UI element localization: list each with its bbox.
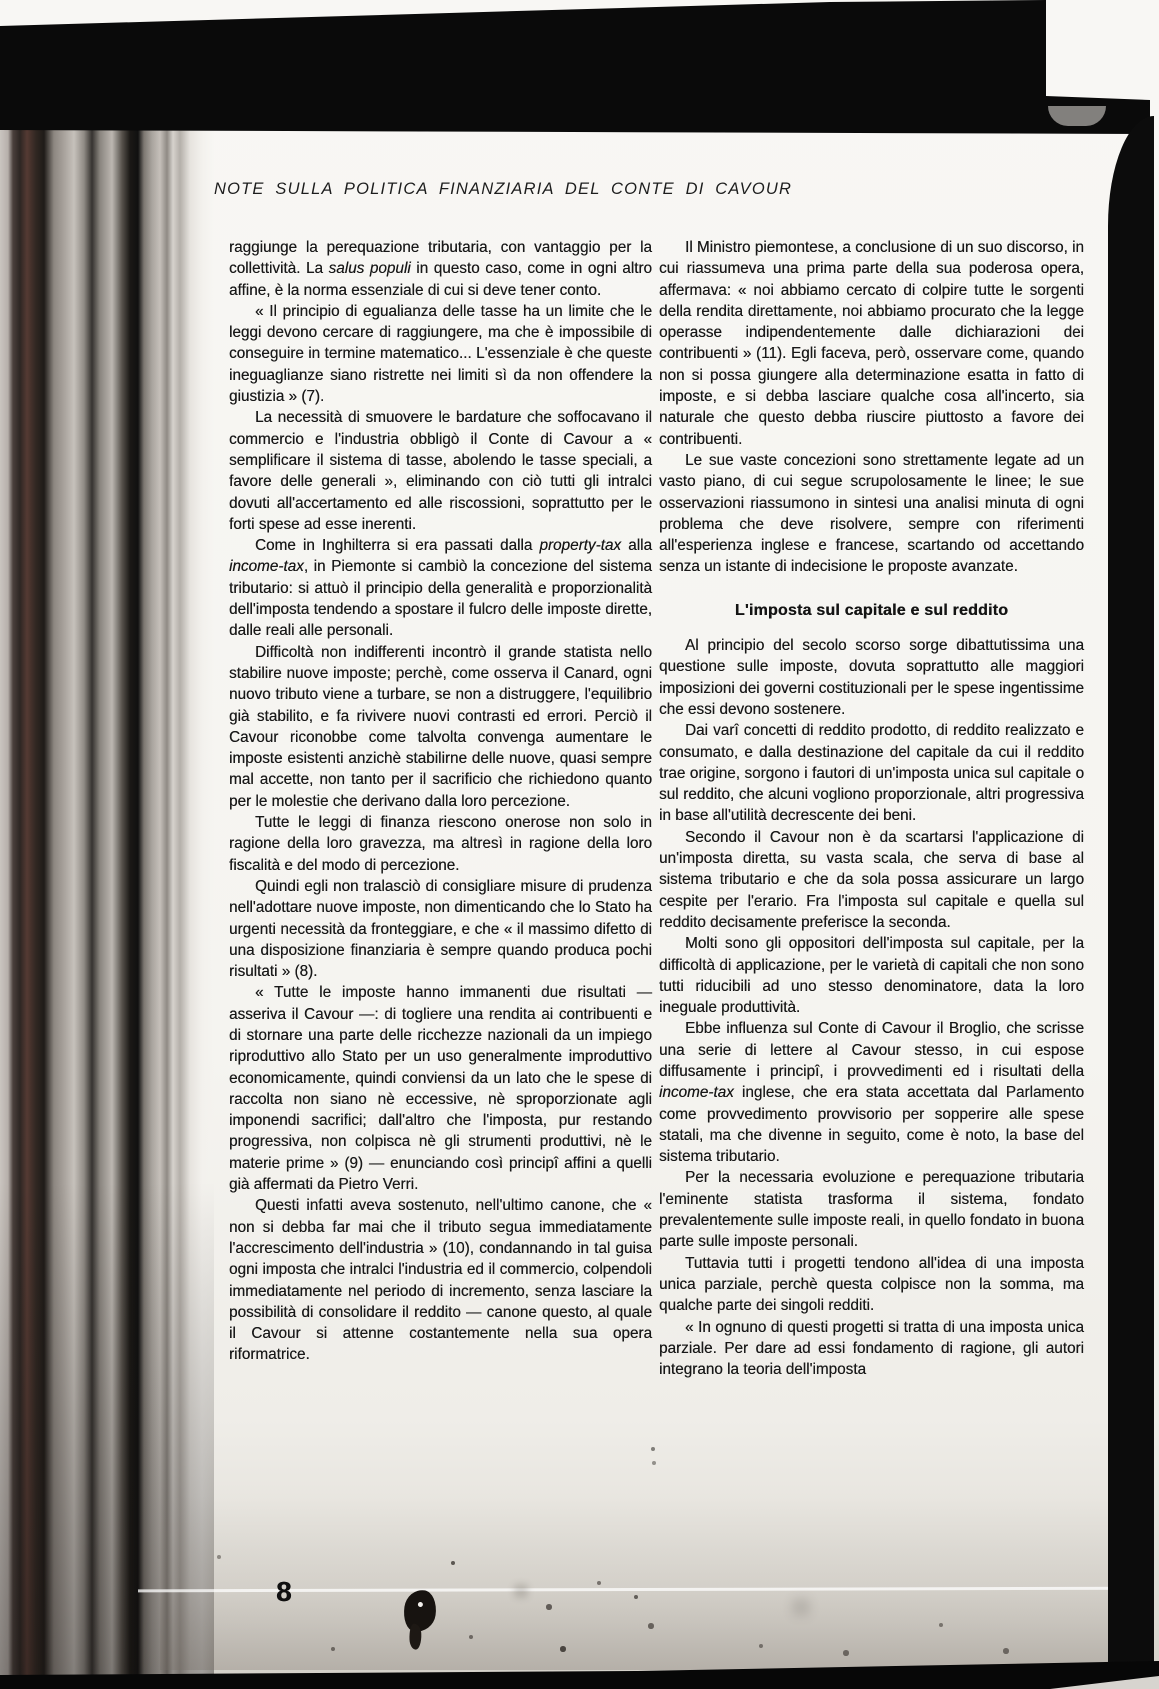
paragraph: « Il principio di egualianza delle tasse… bbox=[229, 301, 652, 407]
paragraph: Tutte le leggi di finanza riescono onero… bbox=[229, 812, 652, 876]
paragraph: Tuttavia tutti i progetti tendono all'id… bbox=[659, 1253, 1084, 1317]
paragraph: Questi infatti aveva sostenuto, nell'ult… bbox=[229, 1195, 652, 1365]
paragraph: « In ognuno di questi progetti si tratta… bbox=[659, 1317, 1084, 1381]
paragraph: La necessità di smuovere le bardature ch… bbox=[229, 407, 652, 535]
paragraph: Per la necessaria evoluzione e perequazi… bbox=[659, 1167, 1084, 1252]
scanned-page: NOTE SULLA POLITICA FINANZIARIA DEL CONT… bbox=[0, 0, 1159, 1689]
section-heading: L'imposta sul capitale e sul reddito bbox=[659, 600, 1084, 621]
left-column: raggiunge la perequazione tributaria, co… bbox=[229, 237, 652, 1366]
right-column: Il Ministro piemontese, a conclusione di… bbox=[659, 237, 1084, 1380]
page-header: NOTE SULLA POLITICA FINANZIARIA DEL CONT… bbox=[214, 180, 792, 199]
paragraph: Dai varî concetti di reddito prodotto, d… bbox=[659, 720, 1084, 826]
paragraph: Ebbe influenza sul Conte di Cavour il Br… bbox=[659, 1018, 1084, 1167]
paragraph: Molti sono gli oppositori dell'imposta s… bbox=[659, 933, 1084, 1018]
scan-speckles bbox=[0, 0, 2, 2]
page-number: 8 bbox=[276, 1576, 292, 1608]
paragraph: Le sue vaste concezioni sono strettament… bbox=[659, 450, 1084, 578]
paragraph: Difficoltà non indifferenti incontrò il … bbox=[229, 642, 652, 812]
paragraph: raggiunge la perequazione tributaria, co… bbox=[229, 237, 652, 301]
paragraph: Come in Inghilterra si era passati dalla… bbox=[229, 535, 652, 641]
paragraph: « Tutte le imposte hanno immanenti due r… bbox=[229, 982, 652, 1195]
bottom-smudge bbox=[160, 1495, 1112, 1670]
paragraph: Al principio del secolo scorso sorge dib… bbox=[659, 635, 1084, 720]
paragraph: Il Ministro piemontese, a conclusione di… bbox=[659, 237, 1084, 450]
paragraph: Secondo il Cavour non è da scartarsi l'a… bbox=[659, 827, 1084, 933]
right-scan-strip bbox=[1108, 116, 1154, 1689]
left-page-edges bbox=[0, 102, 214, 1689]
paragraph: Quindi egli non tralasciò di consigliare… bbox=[229, 876, 652, 982]
ink-blot-highlight bbox=[418, 1602, 424, 1608]
